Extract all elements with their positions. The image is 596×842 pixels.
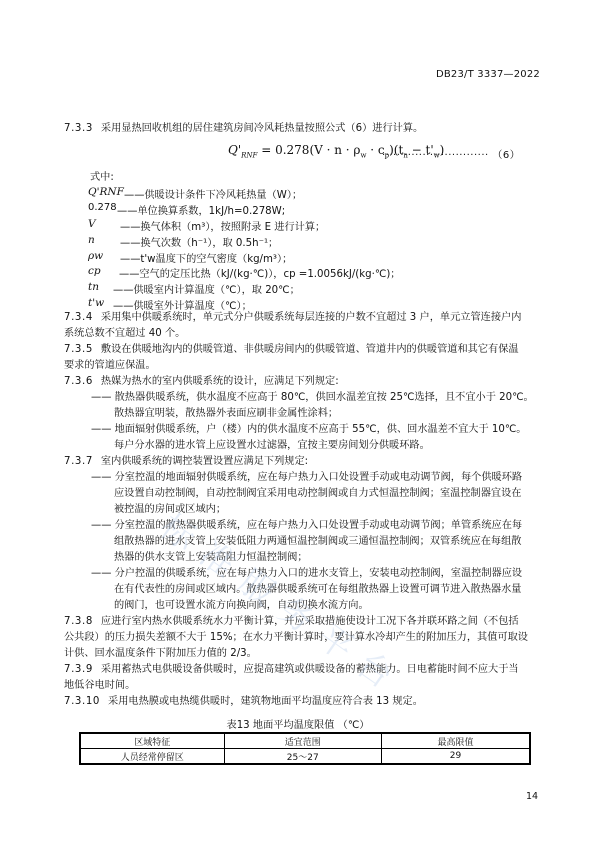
section-7-3-5: 7.3.5敷设在供暖地沟内的供暖管道、非供暖房间内的供暖管道、管道井内的供暖管道… bbox=[64, 343, 519, 357]
var-symbol: cp bbox=[88, 265, 101, 277]
dash-bullet: —— bbox=[91, 472, 111, 483]
list-item: —— 地面辐射供暖系统，户（楼）内的供水温度不应高于 55℃，供、回水温差不宜大… bbox=[91, 423, 526, 437]
var-desc: ——供暖室外计算温度（℃）； bbox=[113, 297, 252, 312]
section-text: 室内供暖系统的调控装置设置应满足下列规定: bbox=[101, 456, 308, 467]
section-number: 7.3.6 bbox=[64, 375, 93, 389]
section-number: 7.3.4 bbox=[64, 311, 93, 325]
var-desc: ——空气的定压比热（kJ/(kg·℃)），cp =1.0056kJ/(kg·℃)… bbox=[119, 265, 401, 280]
section-number: 7.3.10 bbox=[64, 695, 100, 709]
list-item-cont: 在有代表性的房间或区域内。散热器供暖系统可在每组散热器上设置可调节进入散热器水量 bbox=[114, 583, 522, 597]
var-desc: ——单位换算系数，1kJ/h=0.278W; bbox=[117, 202, 285, 217]
list-item-cont: 应设置自动控制阀，自动控制阀宜采用电动控制阀或自力式恒温控制阀；室温控制器宜设在 bbox=[114, 487, 522, 501]
list-item-text: 分室控温的散热器供暖系统，应在每户热力入口处设置手动或电动调节阀；单管系统应在每 bbox=[115, 520, 523, 531]
section-7-3-9-cont: 地低谷电时间。 bbox=[64, 679, 135, 693]
section-text: 采用集中供暖系统时，单元式分户供暖系统每层连接的户数不宜超过 3 户，单元立管连… bbox=[101, 312, 521, 323]
list-item-text: 分户控温的供暖系统，应在每户热力入口的进水支管上，安装电动控制阀，室温控制器应设 bbox=[115, 568, 523, 579]
var-desc: ——换气次数（h⁻¹），取 0.5h⁻¹； bbox=[120, 234, 278, 249]
section-text: 应进行室内热水供暖系统水力平衡计算，并应采取措施使设计工况下各并联环路之间（不包… bbox=[101, 616, 519, 627]
var-symbol: Q'RNF bbox=[88, 186, 124, 198]
section-7-3-4: 7.3.4采用集中供暖系统时，单元式分户供暖系统每层连接的户数不宜超过 3 户，… bbox=[64, 311, 521, 325]
where-label: 式中: bbox=[90, 171, 114, 185]
var-desc: ——供暖室内计算温度（℃），取 20℃； bbox=[113, 281, 300, 296]
var-symbol: n bbox=[88, 234, 95, 246]
dash-bullet: —— bbox=[91, 568, 111, 579]
section-7-3-8-cont: 计供、回水温度条件下附加压力值的 2/3。 bbox=[64, 647, 257, 661]
section-number: 7.3.7 bbox=[64, 455, 93, 469]
document-code-header: DB23/T 3337—2022 bbox=[436, 69, 540, 80]
section-7-3-4-cont: 系统总数不宜超过 40 个。 bbox=[64, 327, 185, 341]
var-desc: ——换气体积（m³），按照附录 E 进行计算； bbox=[120, 218, 325, 233]
var-symbol: tn bbox=[88, 281, 99, 293]
section-text: 采用蓄热式电供暖设备供暖时，应提高建筑或供暖设备的蓄热能力。日电蓄能时间不应大于… bbox=[101, 664, 519, 675]
dash-bullet: —— bbox=[91, 520, 111, 531]
list-item-text: 分室控温的地面辐射供暖系统，应在每户热力入口处设置手动或电动调节阀，每个供暖环路 bbox=[115, 472, 523, 483]
var-desc: ——供暖设计条件下冷风耗热量（W）； bbox=[124, 186, 302, 201]
section-7-3-5-cont: 要求的管道应保温。 bbox=[64, 359, 156, 373]
formula-lhs: Q' bbox=[228, 143, 241, 157]
section-7-3-6: 7.3.6热媒为热水的室内供暖系统的设计，应满足下列规定: bbox=[64, 375, 339, 389]
var-symbol: ρw bbox=[88, 250, 103, 262]
dash-bullet: —— bbox=[91, 424, 111, 435]
column-header: 区域特征 bbox=[80, 733, 224, 749]
section-number: 7.3.8 bbox=[64, 615, 93, 629]
table-header-row: 区域特征 适宜范围 最高限值 bbox=[80, 733, 530, 749]
var-symbol: t'w bbox=[88, 297, 104, 309]
section-number: 7.3.9 bbox=[64, 663, 93, 677]
formula-number: （6） bbox=[492, 150, 520, 161]
list-item-cont: 组散热器的进水支管上安装低阻力两通恒温控制阀或三通恒温控制阀；双管系统应在每组散 bbox=[114, 535, 522, 549]
table-cell: 29 bbox=[382, 749, 531, 765]
table-cell: 25～27 bbox=[224, 749, 382, 765]
list-item-cont: 的阀门，也可设置水流方向换向阀，自动切换水流方向。 bbox=[114, 599, 369, 613]
list-item-cont: 被控温的房间或区域内； bbox=[114, 503, 226, 517]
section-text: 采用电热膜或电热缆供暖时，建筑物地面平均温度应符合表 13 规定。 bbox=[108, 696, 423, 707]
section-text: 敷设在供暖地沟内的供暖管道、非供暖房间内的供暖管道、管道井内的供暖管道和其它有保… bbox=[101, 344, 519, 355]
section-text: 热媒为热水的室内供暖系统的设计，应满足下列规定: bbox=[101, 376, 339, 387]
formula-lhs-sub: RNF bbox=[241, 151, 257, 159]
section-7-3-7: 7.3.7室内供暖系统的调控装置设置应满足下列规定: bbox=[64, 455, 308, 469]
list-item-text: 散热器供暖系统，供水温度不应高于 80℃，供回水温差宜按 25℃选择，且不宜小于… bbox=[115, 392, 534, 403]
formula-rhs: = 0.278(V · n · ρ bbox=[257, 143, 360, 157]
list-item-text: 地面辐射供暖系统，户（楼）内的供水温度不应高于 55℃，供、回水温差不宜大于 1… bbox=[115, 424, 527, 435]
list-item-cont: 散热器宜明装，散热器外表面应刷非金属性涂料； bbox=[114, 407, 338, 421]
table-cell: 人员经常停留区 bbox=[80, 749, 224, 765]
var-symbol: V bbox=[88, 218, 96, 230]
page-number: 14 bbox=[526, 791, 538, 802]
section-7-3-10: 7.3.10采用电热膜或电热缆供暖时，建筑物地面平均温度应符合表 13 规定。 bbox=[64, 695, 423, 709]
table-caption: 表13 地面平均温度限值 （℃） bbox=[0, 716, 596, 731]
section-number: 7.3.3 bbox=[64, 122, 93, 136]
dash-bullet: —— bbox=[91, 392, 111, 403]
formula-leader: ····························· （6） bbox=[382, 146, 520, 161]
column-header: 适宜范围 bbox=[224, 733, 382, 749]
table-13-floor-temperature-limits: 区域特征 适宜范围 最高限值 人员经常停留区 25～27 29 bbox=[79, 732, 531, 765]
list-item-cont: 热器的供水支管上安装高阻力恒温控制阀； bbox=[114, 551, 308, 565]
list-item: —— 分室控温的散热器供暖系统，应在每户热力入口处设置手动或电动调节阀；单管系统… bbox=[91, 519, 522, 533]
list-item: —— 散热器供暖系统，供水温度不应高于 80℃，供回水温差宜按 25℃选择，且不… bbox=[91, 391, 534, 405]
section-7-3-9: 7.3.9采用蓄热式电供暖设备供暖时，应提高建筑或供暖设备的蓄热能力。日电蓄能时… bbox=[64, 663, 519, 677]
list-item: —— 分户控温的供暖系统，应在每户热力入口的进水支管上，安装电动控制阀，室温控制… bbox=[91, 567, 522, 581]
list-item: —— 分室控温的地面辐射供暖系统，应在每户热力入口处设置手动或电动调节阀，每个供… bbox=[91, 471, 522, 485]
column-header: 最高限值 bbox=[382, 733, 531, 749]
section-7-3-8: 7.3.8应进行室内热水供暖系统水力平衡计算，并应采取措施使设计工况下各并联环路… bbox=[64, 615, 519, 629]
section-number: 7.3.5 bbox=[64, 343, 93, 357]
section-7-3-8-cont: 公共段）的压力损失差额不大于 15%；在水力平衡计算时，要计算水冷却产生的附加压… bbox=[64, 631, 528, 645]
formula-dots: ····························· bbox=[382, 150, 489, 161]
var-symbol: 0.278 bbox=[88, 202, 117, 213]
table-row: 人员经常停留区 25～27 29 bbox=[80, 749, 530, 765]
section-text: 采用显热回收机组的居住建筑房间冷风耗热量按照公式（6）进行计算。 bbox=[101, 123, 423, 134]
section-7-3-3: 7.3.3采用显热回收机组的居住建筑房间冷风耗热量按照公式（6）进行计算。 bbox=[64, 122, 423, 136]
var-desc: ——t'w温度下的空气密度（kg/m³）； bbox=[120, 250, 292, 265]
list-item-cont: 每户分水器的进水管上应设置水过滤器，宜按主要房间划分供暖环路。 bbox=[114, 439, 430, 453]
